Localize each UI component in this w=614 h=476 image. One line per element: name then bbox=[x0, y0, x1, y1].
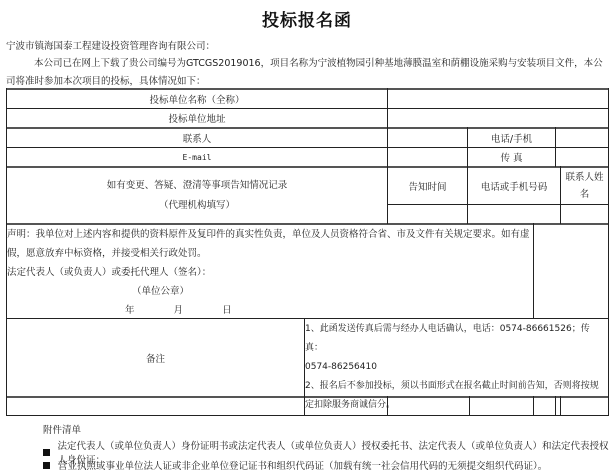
attachment-item: 营业执照或事业单位法人证或非企业单位登记证书和组织代码证（加载有统一社会信用代码… bbox=[43, 458, 547, 472]
day-label: 日 bbox=[222, 301, 232, 320]
intro-paragraph: 本公司已在网上下载了贵公司编号为GTCGS2019016，项目名称为宁波植物园引… bbox=[6, 55, 606, 91]
phone-label: 电话/手机 bbox=[468, 129, 555, 147]
phone-field[interactable] bbox=[556, 129, 608, 147]
attachments-title: 附件清单 bbox=[43, 422, 81, 436]
table-border-right bbox=[608, 88, 609, 416]
email-field[interactable] bbox=[388, 148, 467, 166]
bidder-name-label: 投标单位名称（全称） bbox=[7, 89, 387, 108]
fax-label: 传 真 bbox=[468, 148, 555, 166]
declaration-text: 声明：我单位对上述内容和提供的资料原件及复印件的真实性负责，单位及人员资格符合省… bbox=[7, 225, 531, 263]
bidder-name-field[interactable] bbox=[388, 89, 608, 108]
contact-field[interactable] bbox=[388, 129, 467, 147]
remarks-notes: 1、此函发送传真后需与经办人电话确认，电话：0574-86661526；传真： … bbox=[305, 320, 605, 415]
remarks-label: 备注 bbox=[7, 319, 304, 396]
year-label: 年 bbox=[125, 301, 135, 320]
fax-field[interactable] bbox=[556, 148, 608, 166]
contact-label: 联系人 bbox=[7, 129, 387, 147]
table-border-bottom bbox=[6, 415, 609, 416]
signature-label: 法定代表人（或负责人）或委托代理人（签名）： bbox=[7, 263, 531, 282]
bidder-address-field[interactable] bbox=[388, 109, 608, 127]
declaration-side-cell[interactable] bbox=[534, 225, 608, 318]
remark-note-1: 1、此函发送传真后需与经办人电话确认，电话：0574-86661526；传真： bbox=[305, 320, 605, 358]
seal-label: （单位公章） bbox=[7, 282, 531, 301]
addressee: 宁波市镇海国泰工程建设投资管理咨询有限公司： bbox=[6, 38, 215, 52]
bidder-address-label: 投标单位地址 bbox=[7, 109, 387, 127]
date-line: 年 月 日 bbox=[7, 301, 531, 320]
contact-name-field[interactable] bbox=[561, 205, 608, 223]
bullet-square-icon bbox=[43, 449, 50, 456]
header-phone-number: 电话或手机号码 bbox=[468, 168, 560, 204]
header-notify-time: 告知时间 bbox=[388, 168, 467, 204]
header-contact-name: 联系人姓 名 bbox=[561, 168, 608, 204]
change-record-label-line2: （代理机构填写） bbox=[159, 196, 235, 216]
change-record-label: 如有变更、答疑、澄清等事项告知情况记录 （代理机构填写） bbox=[7, 168, 387, 223]
email-label: E-mail bbox=[7, 148, 387, 166]
month-label: 月 bbox=[174, 301, 184, 320]
change-record-label-line1: 如有变更、答疑、澄清等事项告知情况记录 bbox=[107, 176, 288, 196]
notify-time-field[interactable] bbox=[388, 205, 467, 223]
phone-number-field[interactable] bbox=[468, 205, 560, 223]
remark-note-2: 2、报名后不参加投标，须以书面形式在报名截止时间前告知，否则将按规定扣除服务商诚… bbox=[305, 377, 605, 415]
declaration: 声明：我单位对上述内容和提供的资料原件及复印件的真实性负责，单位及人员资格符合省… bbox=[7, 225, 531, 320]
page-title: 投标报名函 bbox=[0, 6, 614, 31]
remark-note-1-fax: 0574-86256410 bbox=[305, 358, 605, 377]
bullet-square-icon bbox=[43, 462, 50, 469]
